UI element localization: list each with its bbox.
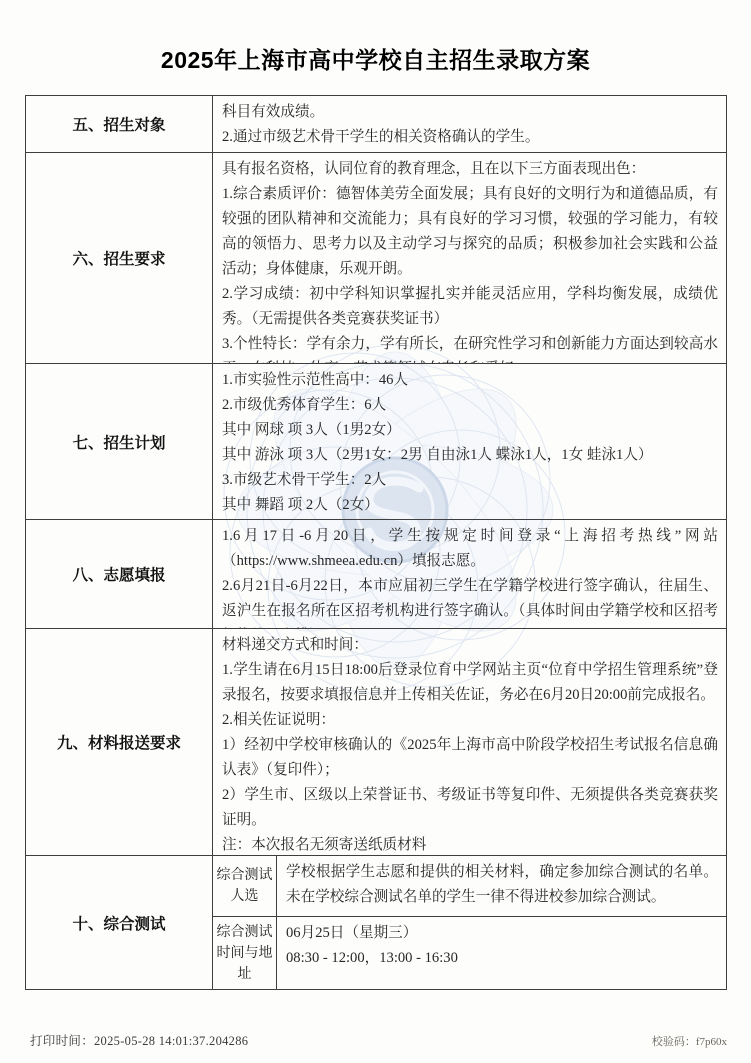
content-paragraph: 2.相关佐证说明： — [222, 708, 718, 733]
row-materials-submission: 九、材料报送要求 材料递交方式和时间： 1.学生请在6月15日18:00后登录位… — [26, 629, 726, 856]
content-paragraph: 其中 游泳 项 3人（2男1女：2男 自由泳1人 蝶泳1人，1女 蛙泳1人） — [222, 443, 718, 468]
content-paragraph: 1.综合素质评价：德智体美劳全面发展；具有良好的文明行为和道德品质，有较强的团队… — [222, 182, 718, 282]
content-paragraph: 1.6月17日-6月20日，学生按规定时间登录“上海招考热线”网站（https:… — [222, 524, 718, 574]
row-content: 材料递交方式和时间： 1.学生请在6月15日18:00后登录位育中学网站主页“位… — [213, 629, 726, 855]
row-content: 科目有效成绩。 2.通过市级艺术骨干学生的相关资格确认的学生。 — [213, 96, 726, 152]
admission-plan-table: 五、招生对象 科目有效成绩。 2.通过市级艺术骨干学生的相关资格确认的学生。 六… — [25, 95, 727, 990]
row-label: 七、招生计划 — [26, 364, 213, 519]
row-content: 具有报名资格，认同位育的教育理念，且在以下三方面表现出色： 1.综合素质评价：德… — [213, 153, 726, 363]
subrow-test-time-address: 综合测试时间与地址 06月25日（星期三） 08:30 - 12:00，13:0… — [213, 917, 726, 989]
page-footer: 打印时间：2025-05-28 14:01:37.204286 校验码：f7p6… — [30, 1031, 727, 1049]
row-label: 十、综合测试 — [26, 856, 213, 989]
content-paragraph: 1.市实验性示范性高中：46人 — [222, 368, 718, 393]
subrow-content: 学校根据学生志愿和提供的相关材料，确定参加综合测试的名单。未在学校综合测试名单的… — [277, 856, 726, 916]
row-content: 1.市实验性示范性高中：46人 2.市级优秀体育学生：6人 其中 网球 项 3人… — [213, 364, 726, 519]
content-paragraph: 2.学习成绩：初中学科知识掌握扎实并能灵活应用，学科均衡发展，成绩优秀。（无需提… — [222, 282, 718, 332]
content-paragraph: 06月25日（星期三） — [286, 921, 718, 946]
content-paragraph: 学校根据学生志愿和提供的相关材料，确定参加综合测试的名单。未在学校综合测试名单的… — [286, 860, 718, 910]
row-label: 八、志愿填报 — [26, 520, 213, 628]
verification-code: 校验码：f7p60x — [652, 1033, 727, 1049]
content-paragraph: 材料递交方式和时间： — [222, 633, 718, 658]
subrow-label: 综合测试人选 — [213, 856, 277, 916]
content-paragraph: 1）经初中学校审核确认的《2025年上海市高中阶段学校招生考试报名信息确认表》（… — [222, 733, 718, 783]
comprehensive-test-subrows: 综合测试人选 学校根据学生志愿和提供的相关材料，确定参加综合测试的名单。未在学校… — [213, 856, 726, 989]
content-paragraph: 3.个性特长：学有余力，学有所长，在研究性学习和创新能力方面达到较高水平，在科技… — [222, 332, 718, 364]
content-paragraph: 其中 网球 项 3人（1男2女） — [222, 418, 718, 443]
subrow-content: 06月25日（星期三） 08:30 - 12:00，13:00 - 16:30 — [277, 917, 726, 989]
subrow-test-candidates: 综合测试人选 学校根据学生志愿和提供的相关材料，确定参加综合测试的名单。未在学校… — [213, 856, 726, 917]
content-paragraph: 2）学生市、区级以上荣誉证书、考级证书等复印件、无须提供各类竞赛获奖证明。 — [222, 783, 718, 833]
row-application: 八、志愿填报 1.6月17日-6月20日，学生按规定时间登录“上海招考热线”网站… — [26, 520, 726, 629]
content-paragraph: 2.6月21日-6月22日，本市应届初三学生在学籍学校进行签字确认，往届生、返沪… — [222, 574, 718, 629]
row-label: 九、材料报送要求 — [26, 629, 213, 855]
content-paragraph: 科目有效成绩。 — [222, 100, 718, 125]
page-title: 2025年上海市高中学校自主招生录取方案 — [0, 42, 751, 75]
content-paragraph: 2.市级优秀体育学生：6人 — [222, 393, 718, 418]
content-paragraph: 3.市级艺术骨干学生：2人 — [222, 468, 718, 493]
content-paragraph: 08:30 - 12:00，13:00 - 16:30 — [286, 946, 718, 971]
row-enrollment-plan: 七、招生计划 1.市实验性示范性高中：46人 2.市级优秀体育学生：6人 其中 … — [26, 364, 726, 520]
row-label: 五、招生对象 — [26, 96, 213, 152]
row-enrollment-target: 五、招生对象 科目有效成绩。 2.通过市级艺术骨干学生的相关资格确认的学生。 — [26, 96, 726, 153]
content-paragraph: 1.学生请在6月15日18:00后登录位育中学网站主页“位育中学招生管理系统”登… — [222, 658, 718, 708]
content-paragraph: 其中 舞蹈 项 2人（2女） — [222, 493, 718, 518]
subrow-label: 综合测试时间与地址 — [213, 917, 277, 989]
row-enrollment-requirements: 六、招生要求 具有报名资格，认同位育的教育理念，且在以下三方面表现出色： 1.综… — [26, 153, 726, 364]
content-paragraph: 2.通过市级艺术骨干学生的相关资格确认的学生。 — [222, 125, 718, 150]
row-label: 六、招生要求 — [26, 153, 213, 363]
row-comprehensive-test: 十、综合测试 综合测试人选 学校根据学生志愿和提供的相关材料，确定参加综合测试的… — [26, 856, 726, 989]
content-paragraph: 具有报名资格，认同位育的教育理念，且在以下三方面表现出色： — [222, 157, 718, 182]
print-time: 打印时间：2025-05-28 14:01:37.204286 — [30, 1031, 248, 1049]
row-content: 1.6月17日-6月20日，学生按规定时间登录“上海招考热线”网站（https:… — [213, 520, 726, 628]
content-paragraph: 注：本次报名无须寄送纸质材料 — [222, 833, 718, 856]
